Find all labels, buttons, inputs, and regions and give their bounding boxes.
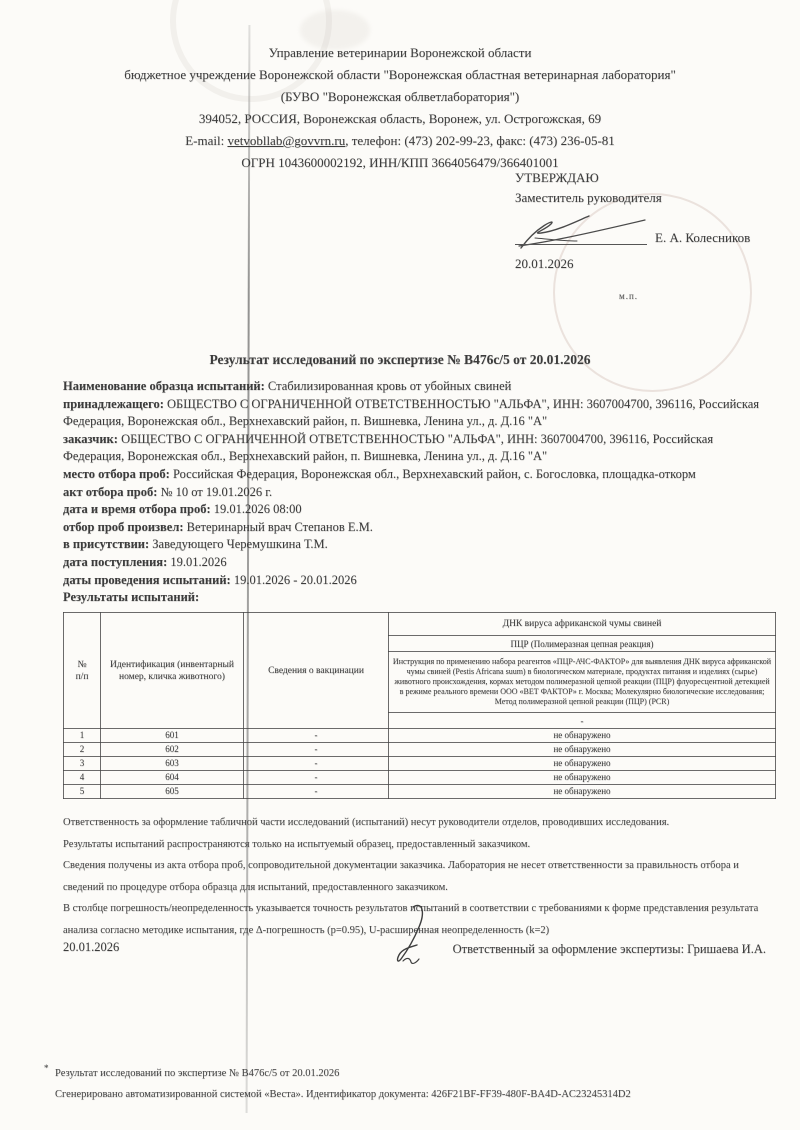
approval-title: УТВЕРЖДАЮ xyxy=(515,168,775,188)
email-link: vetvobllab@govvrn.ru xyxy=(227,133,345,148)
email-label: E-mail: xyxy=(185,133,224,148)
table-row: 2 602 - не обнаружено xyxy=(64,743,776,757)
test-method-header: ПЦР (Полимеразная цепная реакция) xyxy=(389,636,776,652)
field-sampling-act: акт отбора проб: № 10 от 19.01.2026 г. xyxy=(63,484,761,502)
row-id: 602 xyxy=(101,743,244,757)
seal-placeholder: м.п. xyxy=(619,286,638,306)
table-row: 1 601 - не обнаружено xyxy=(64,729,776,743)
field-testing-dates: даты проведения испытаний: 19.01.2026 - … xyxy=(63,572,761,590)
org-contacts: E-mail: vetvobllab@govvrn.ru, телефон: (… xyxy=(50,130,750,152)
col-header-identification: Идентификация (инвентарный номер, кличка… xyxy=(101,613,244,729)
row-result: не обнаружено xyxy=(389,757,776,771)
row-id: 605 xyxy=(101,785,244,799)
responsible-person: Ответственный за оформление экспертизы: … xyxy=(453,942,766,957)
row-id: 604 xyxy=(101,771,244,785)
row-num: 4 xyxy=(64,771,101,785)
note-scope: Результаты испытаний распространяются то… xyxy=(63,834,765,856)
table-row: 5 605 - не обнаружено xyxy=(64,785,776,799)
col-header-num: №п/п xyxy=(64,613,101,729)
org-address: 394052, РОССИЯ, Воронежская область, Вор… xyxy=(50,108,750,130)
results-table: №п/п Идентификация (инвентарный номер, к… xyxy=(63,612,776,799)
test-method-description: Инструкция по применению набора реагенто… xyxy=(389,652,776,713)
row-vaccination: - xyxy=(244,757,389,771)
col-header-vaccination: Сведения о вакцинации xyxy=(244,613,389,729)
note-sampling-info: Сведения получены из акта отбора проб, с… xyxy=(63,855,765,898)
table-row: 4 604 - не обнаружено xyxy=(64,771,776,785)
org-name-line: бюджетное учреждение Воронежской области… xyxy=(50,64,750,86)
phone-fax: , телефон: (473) 202-99-23, факс: (473) … xyxy=(345,133,615,148)
page-title: Результат исследований по экспертизе № В… xyxy=(50,352,750,368)
org-header: Управление ветеринарии Воронежской облас… xyxy=(50,42,750,174)
field-sample-name: Наименование образца испытаний: Стабилиз… xyxy=(63,378,761,396)
signature-line xyxy=(515,244,647,245)
row-vaccination: - xyxy=(244,729,389,743)
row-id: 601 xyxy=(101,729,244,743)
document-page: Управление ветеринарии Воронежской облас… xyxy=(0,0,800,1130)
sample-info-fields: Наименование образца испытаний: Стабилиз… xyxy=(63,378,761,607)
field-customer: заказчик: ОБЩЕСТВО С ОГРАНИЧЕННОЙ ОТВЕТС… xyxy=(63,431,761,466)
field-owner: принадлежащего: ОБЩЕСТВО С ОГРАНИЧЕННОЙ … xyxy=(63,396,761,431)
signing-date: 20.01.2026 xyxy=(63,940,119,955)
org-name-line: (БУВО "Воронежская облветлаборатория") xyxy=(50,86,750,108)
org-name-line: Управление ветеринарии Воронежской облас… xyxy=(50,42,750,64)
row-id: 603 xyxy=(101,757,244,771)
row-num: 2 xyxy=(64,743,101,757)
row-result: не обнаружено xyxy=(389,771,776,785)
row-vaccination: - xyxy=(244,771,389,785)
page-footer: * Результат исследований по экспертизе №… xyxy=(55,1063,775,1105)
footer-expertise-ref: Результат исследований по экспертизе № В… xyxy=(55,1063,775,1084)
approver-role: Заместитель руководителя xyxy=(515,188,775,208)
method-dash-cell: - xyxy=(389,713,776,729)
approval-block: УТВЕРЖДАЮ Заместитель руководителя Е. А.… xyxy=(515,168,775,274)
responsible-signature xyxy=(383,903,439,967)
approval-date: 20.01.2026 xyxy=(515,254,775,274)
row-num: 1 xyxy=(64,729,101,743)
row-result: не обнаружено xyxy=(389,785,776,799)
table-row: 3 603 - не обнаружено xyxy=(64,757,776,771)
footer-generated-by: Сгенерировано автоматизированной системо… xyxy=(55,1084,775,1105)
approver-signature xyxy=(517,208,667,252)
note-responsibility: Ответственность за оформление табличной … xyxy=(63,812,765,834)
approver-name: Е. А. Колесников xyxy=(655,228,750,248)
field-sampling-place: место отбора проб: Российская Федерация,… xyxy=(63,466,761,484)
test-group-header: ДНК вируса африканской чумы свиней xyxy=(389,613,776,636)
row-vaccination: - xyxy=(244,743,389,757)
row-vaccination: - xyxy=(244,785,389,799)
row-result: не обнаружено xyxy=(389,729,776,743)
approval-signature-area: Е. А. Колесников xyxy=(515,210,775,252)
field-sampling-datetime: дата и время отбора проб: 19.01.2026 08:… xyxy=(63,501,761,519)
results-section-label: Результаты испытаний: xyxy=(63,589,761,607)
field-receipt-date: дата поступления: 19.01.2026 xyxy=(63,554,761,572)
field-sampler: отбор проб произвел: Ветеринарный врач С… xyxy=(63,519,761,537)
row-num: 3 xyxy=(64,757,101,771)
row-num: 5 xyxy=(64,785,101,799)
row-result: не обнаружено xyxy=(389,743,776,757)
field-witness: в присутствии: Заведующего Черемушкина Т… xyxy=(63,536,761,554)
footnote-asterisk: * xyxy=(44,1058,49,1079)
